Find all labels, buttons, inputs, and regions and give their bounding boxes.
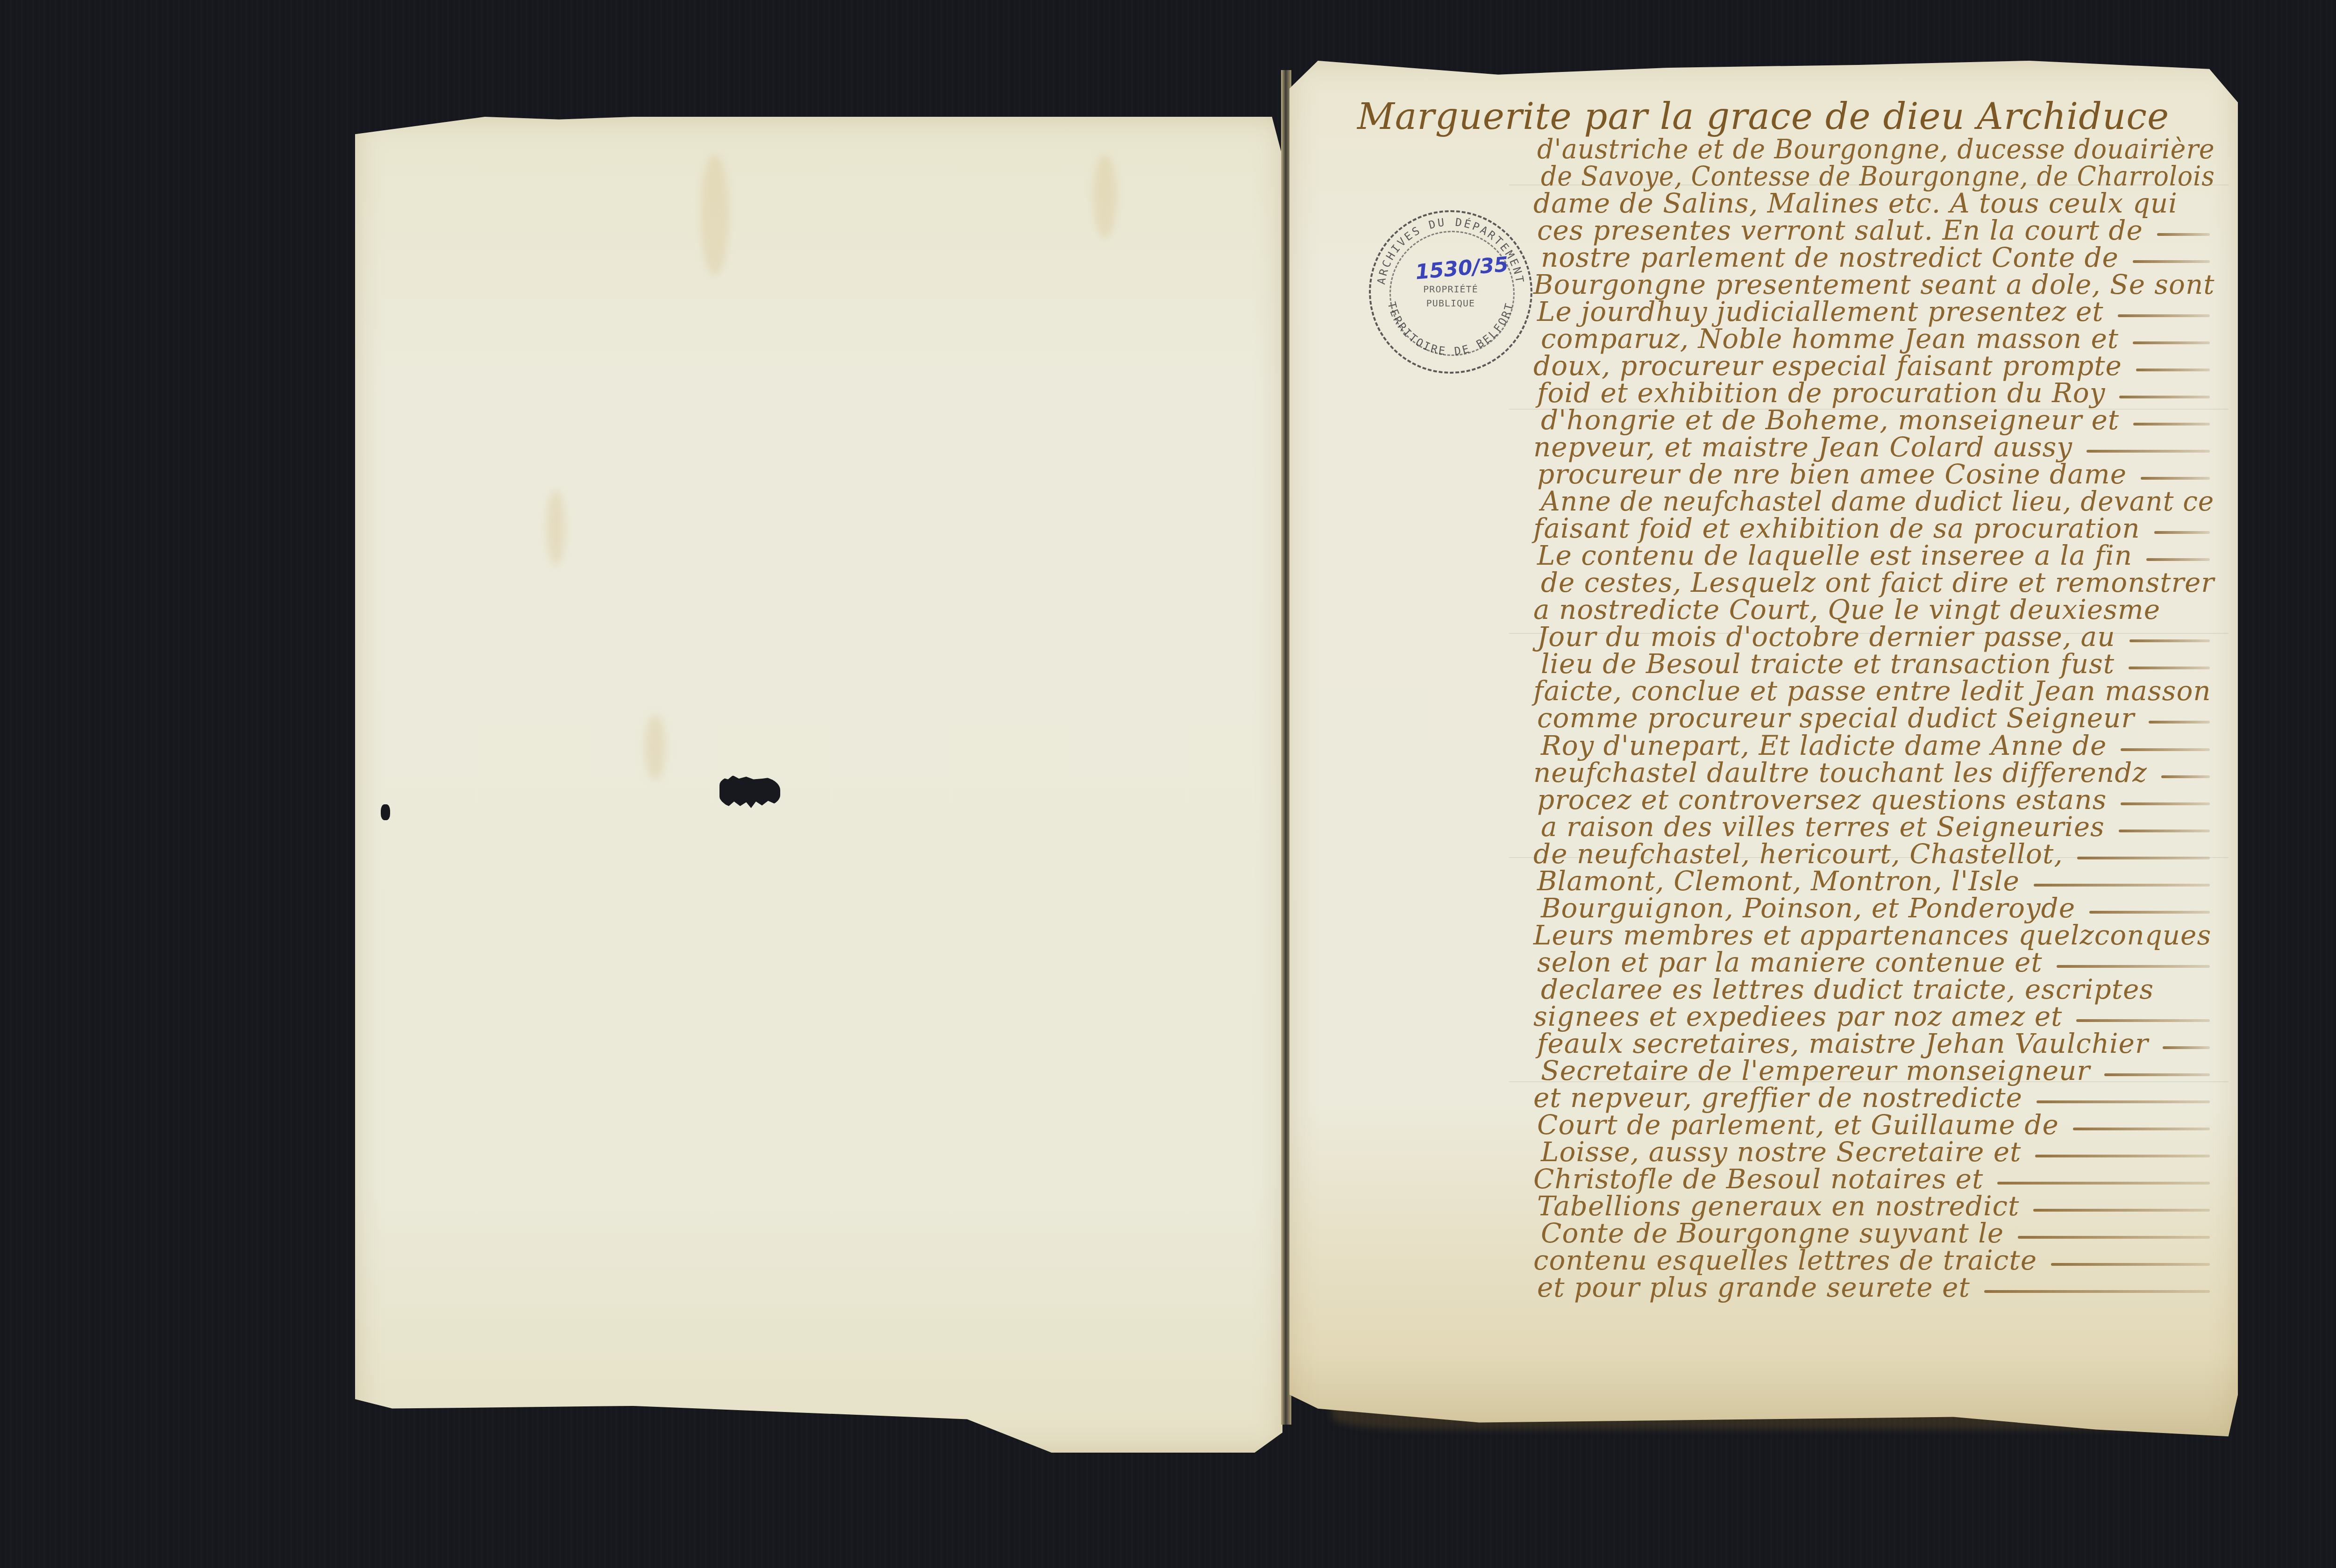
water-stain — [547, 490, 565, 565]
line-filler-flourish — [2136, 369, 2210, 371]
water-stain — [1093, 154, 1117, 238]
water-stain — [645, 715, 666, 780]
line-filler-flourish — [2119, 396, 2210, 398]
line-filler-flourish — [2077, 857, 2210, 859]
line-filler-flourish — [2033, 1209, 2210, 1212]
line-filler-flourish — [2163, 1046, 2210, 1049]
paper-small-hole — [381, 804, 390, 820]
manuscript-line: Marguerite par la grace de dieu Archiduc… — [1357, 96, 2169, 138]
line-filler-flourish — [2073, 1128, 2210, 1130]
line-filler-flourish — [2121, 802, 2210, 805]
line-filler-flourish — [2035, 1155, 2210, 1157]
line-filler-flourish — [2034, 884, 2210, 887]
line-filler-flourish — [2161, 775, 2210, 778]
manuscript-line: et pour plus grande seurete et — [1537, 1271, 1970, 1303]
line-filler-flourish — [2118, 314, 2210, 317]
line-filler-flourish — [2089, 911, 2210, 914]
line-filler-flourish — [2133, 260, 2210, 263]
stamp-text-propriete: PROPRIÉTÉ — [1371, 282, 1531, 296]
line-filler-flourish — [2141, 477, 2210, 480]
archive-stamp: ARCHIVES DU DÉPARTEMENT TERRITOIRE DE BE… — [1369, 210, 1532, 374]
line-filler-flourish — [2057, 965, 2210, 968]
line-filler-flourish — [2037, 1100, 2210, 1103]
line-filler-flourish — [2051, 1263, 2210, 1266]
line-filler-flourish — [2129, 639, 2210, 642]
stamp-center-text: PROPRIÉTÉ PUBLIQUE — [1371, 282, 1531, 310]
line-filler-flourish — [2104, 1073, 2210, 1076]
line-filler-flourish — [2087, 450, 2210, 453]
line-filler-flourish — [2149, 721, 2210, 724]
line-filler-flourish — [1997, 1182, 2210, 1185]
line-filler-flourish — [2076, 1019, 2210, 1022]
water-stain — [701, 154, 729, 276]
line-filler-flourish — [2018, 1236, 2210, 1239]
line-filler-flourish — [2121, 748, 2210, 751]
line-filler-flourish — [2154, 531, 2210, 534]
line-filler-flourish — [2133, 341, 2210, 344]
stamp-text-publique: PUBLIQUE — [1371, 296, 1531, 310]
line-filler-flourish — [2119, 830, 2210, 832]
line-filler-flourish — [2133, 423, 2210, 426]
line-filler-flourish — [2146, 558, 2210, 561]
line-filler-flourish — [1984, 1290, 2210, 1293]
left-page-blank — [355, 117, 1282, 1453]
line-filler-flourish — [2129, 667, 2210, 669]
line-filler-flourish — [2157, 233, 2210, 236]
